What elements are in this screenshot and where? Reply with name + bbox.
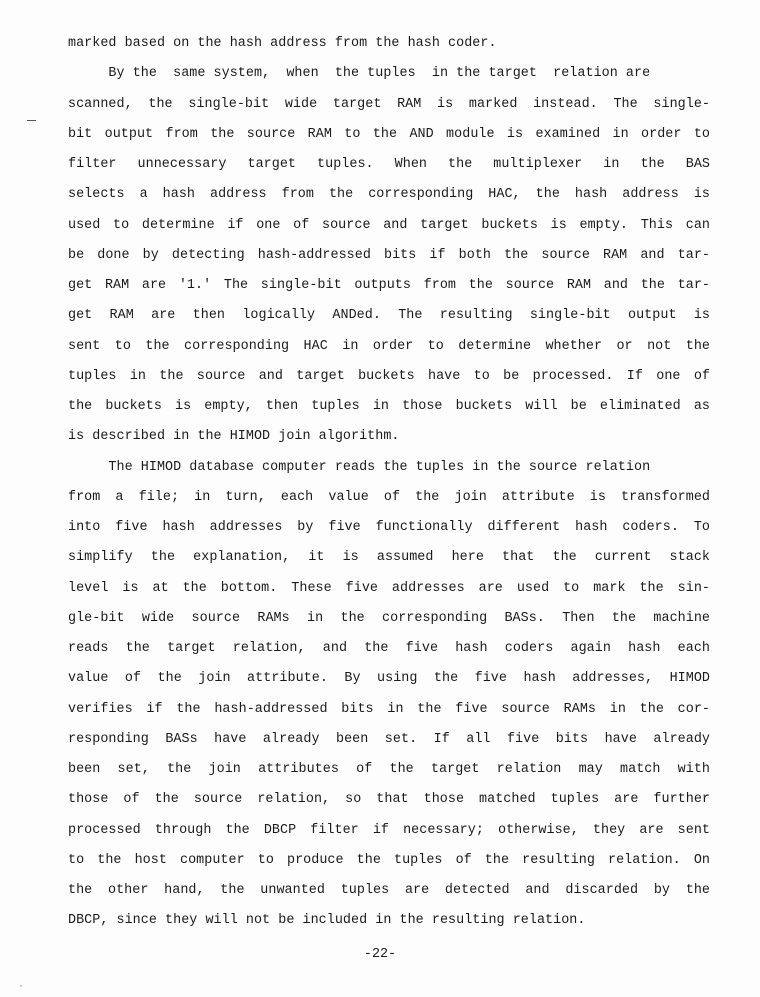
- text-line: the other hand, the unwanted tuples are …: [68, 882, 710, 900]
- text-line: simplify the explanation, it is assumed …: [68, 549, 710, 567]
- text-line: tuples in the source and target buckets …: [68, 368, 710, 386]
- text-line: into five hash addresses by five functio…: [68, 519, 710, 537]
- text-line: reads the target relation, and the five …: [68, 640, 710, 658]
- text-line: value of the join attribute. By using th…: [68, 670, 710, 688]
- text-line: scanned, the single-bit wide target RAM …: [68, 96, 710, 114]
- page-number: -22-: [0, 946, 760, 964]
- text-line: level is at the bottom. These five addre…: [68, 580, 710, 598]
- text-line: gle-bit wide source RAMs in the correspo…: [68, 610, 710, 628]
- text-line: bit output from the source RAM to the AN…: [68, 126, 710, 144]
- text-line: get RAM are then logically ANDed. The re…: [68, 307, 710, 325]
- text-line: filter unnecessary target tuples. When t…: [68, 156, 710, 174]
- text-line: responding BASs have already been set. I…: [68, 731, 710, 749]
- text-line: get RAM are '1.' The single-bit outputs …: [68, 277, 710, 295]
- text-line: is described in the HIMOD join algorithm…: [68, 428, 710, 446]
- document-page: marked based on the hash address from th…: [0, 0, 760, 997]
- margin-mark: [27, 120, 36, 121]
- text-line: been set, the join attributes of the tar…: [68, 761, 710, 779]
- text-line: from a file; in turn, each value of the …: [68, 489, 710, 507]
- text-line: processed through the DBCP filter if nec…: [68, 822, 710, 840]
- text-line: verifies if the hash-addressed bits in t…: [68, 701, 710, 719]
- text-line: be done by detecting hash-addressed bits…: [68, 247, 710, 265]
- text-line: used to determine if one of source and t…: [68, 217, 710, 235]
- text-line: sent to the corresponding HAC in order t…: [68, 338, 710, 356]
- text-line: By the same system, when the tuples in t…: [68, 65, 710, 83]
- text-line: selects a hash address from the correspo…: [68, 186, 710, 204]
- text-line: the buckets is empty, then tuples in tho…: [68, 398, 710, 416]
- text-line: to the host computer to produce the tupl…: [68, 852, 710, 870]
- text-line: DBCP, since they will not be included in…: [68, 912, 710, 930]
- text-line: those of the source relation, so that th…: [68, 791, 710, 809]
- text-line: The HIMOD database computer reads the tu…: [68, 459, 710, 477]
- scan-speck: [20, 985, 22, 987]
- text-line: marked based on the hash address from th…: [68, 35, 710, 53]
